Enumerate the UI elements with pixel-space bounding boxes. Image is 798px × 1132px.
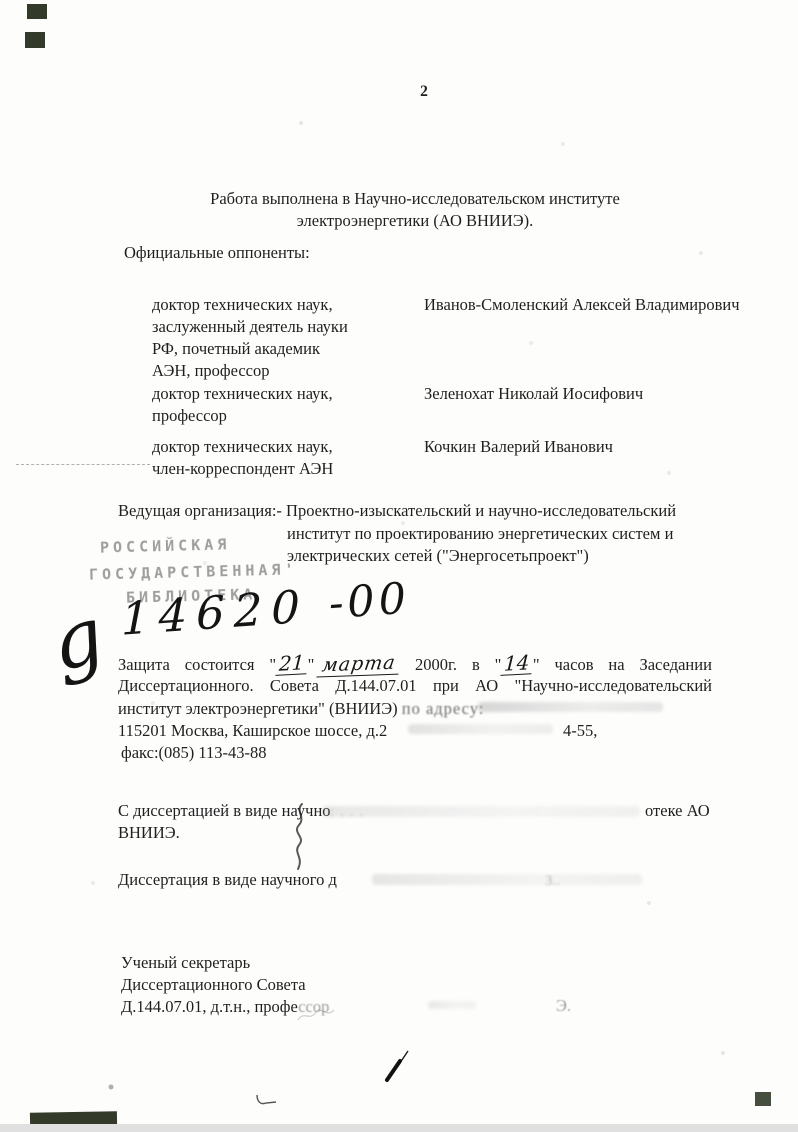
- scan-artifact-bottom-right-mark: [755, 1092, 771, 1106]
- word: в: [472, 654, 480, 676]
- word: состоится: [185, 654, 255, 676]
- scanned-document-page: 2 Работа выполнена в Научно-исследовател…: [0, 0, 798, 1132]
- erasure-smear: [322, 806, 640, 817]
- intro-line-1: Работа выполнена в Научно-исследовательс…: [118, 188, 712, 210]
- degree-line: доктор технических наук,: [152, 383, 422, 405]
- erasure-smear: [372, 874, 642, 885]
- scan-artifact-top-square-2: [25, 32, 45, 48]
- scan-noise-speckles: [0, 0, 2, 2]
- scan-artifact-top-square-1: [27, 4, 47, 19]
- word: часов: [555, 654, 594, 676]
- defense-line-2: Диссертационного. Совета Д.144.07.01 при…: [118, 675, 712, 697]
- defense-line-4-end: 4-55,: [563, 720, 597, 742]
- opponent-degree-1: доктор технических наук, заслуженный дея…: [152, 294, 422, 382]
- opponent-degree-3: доктор технических наук, член-корреспонд…: [152, 436, 422, 480]
- leading-org-line-1: Ведущая организация:- Проектно-изыскател…: [118, 500, 738, 522]
- smudged-address-label: по адресу:: [402, 699, 485, 718]
- intro-line-2: электроэнергетики (АО ВНИИЭ).: [118, 210, 712, 232]
- availability-line-1-end: отеке АО: [645, 800, 710, 822]
- word: Защита: [118, 654, 170, 676]
- availability-line-2: ВНИИЭ.: [118, 822, 180, 844]
- defense-line-1: Защита состоится "21" марта 2000г. в "14…: [118, 652, 712, 676]
- quote-mark: ": [308, 655, 315, 674]
- degree-line: член-корреспондент АЭН: [152, 458, 422, 480]
- quote-mark: ": [533, 655, 540, 674]
- pen-slash-mark: [382, 1049, 410, 1089]
- word: Заседании: [639, 654, 711, 676]
- handwritten-hour: 14: [501, 651, 534, 676]
- erased-signature-remnant: [296, 1004, 336, 1032]
- degree-line: профессор: [152, 405, 422, 427]
- erased-text-remnants: З..: [545, 870, 560, 892]
- degree-line: РФ, почетный академик: [152, 338, 422, 360]
- secretary-line-1: Ученый секретарь: [121, 952, 250, 974]
- mailing-line-start: Диссертация в виде научного д: [118, 869, 337, 891]
- degree-line: доктор технических наук,: [152, 436, 422, 458]
- scan-artifact-dashed-line: [16, 464, 150, 465]
- opponent-name-1: Иванов-Смоленский Алексей Владимирович: [424, 294, 784, 316]
- opponent-name-2: Зеленохат Николай Иосифович: [424, 383, 784, 405]
- date-group: "21" марта: [269, 652, 400, 676]
- accession-prefix: g: [45, 600, 110, 680]
- defense-line-3-text: институт электроэнергетики" (ВНИИЭ): [118, 699, 398, 718]
- word: 2000г.: [415, 654, 457, 676]
- opponents-label: Официальные оппоненты:: [124, 242, 310, 264]
- opponent-degree-2: доктор технических наук, профессор: [152, 383, 422, 427]
- handwritten-month: марта: [317, 652, 402, 678]
- erasure-smear: [428, 1001, 476, 1009]
- leading-org-line-2: институт по проектированию энергетически…: [287, 523, 717, 545]
- accession-digits: 14620: [121, 596, 309, 631]
- hour-group: "14": [495, 652, 540, 676]
- secretary-line-2: Диссертационного Совета: [121, 974, 306, 996]
- word: на: [608, 654, 624, 676]
- leading-org-line-3: электрических сетей ("Энергосетьпроект"): [287, 545, 717, 567]
- page-number: 2: [404, 81, 444, 103]
- accession-suffix: -00: [328, 588, 411, 616]
- library-stamp-line-1: РОССИЙСКАЯ: [100, 533, 231, 558]
- degree-line: доктор технических наук,: [152, 294, 422, 316]
- availability-line-1-start: С диссертацией в виде научно: [118, 800, 331, 822]
- opponent-name-3: Кочкин Валерий Иванович: [424, 436, 784, 458]
- defense-line-4-start: 115201 Москва, Каширское шоссе, д.2: [118, 720, 387, 742]
- secretary-line-3-text: Д.144.07.01, д.т.н., профе: [121, 997, 298, 1016]
- scan-edge-strip: [0, 1124, 798, 1132]
- handwritten-day: 21: [276, 651, 309, 676]
- defense-line-5: факс:(085) 113-43-88: [121, 742, 267, 764]
- intro-paragraph: Работа выполнена в Научно-исследовательс…: [118, 188, 712, 232]
- erasure-smear: [478, 702, 663, 712]
- faded-initial: Э.: [556, 995, 571, 1017]
- erased-text-remnants: :...: [330, 801, 369, 823]
- defense-line-3: институт электроэнергетики" (ВНИИЭ) по а…: [118, 698, 778, 720]
- degree-line: АЭН, профессор: [152, 360, 422, 382]
- pen-u-mark: [255, 1091, 279, 1113]
- degree-line: заслуженный деятель науки: [152, 316, 422, 338]
- erasure-smear: [408, 724, 553, 734]
